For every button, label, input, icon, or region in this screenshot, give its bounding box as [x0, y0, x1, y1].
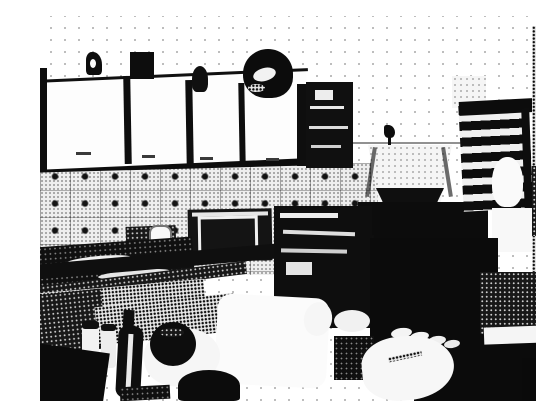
white-jug [492, 157, 523, 207]
wall-white-patch [492, 208, 532, 252]
door-sticker-3 [200, 157, 213, 160]
box-on-cabinet [130, 52, 154, 79]
bottom-small-marks [120, 385, 171, 401]
door-sticker-2 [142, 155, 155, 158]
left-wall-edge [40, 68, 47, 170]
wall-seam-line [352, 142, 470, 144]
bottom-left-shadow [40, 343, 110, 401]
cabinet-right-edge [297, 84, 306, 166]
cart-shelf-item [286, 262, 312, 275]
bottom-dark-bowl [178, 370, 240, 401]
cup-handle-hole [90, 59, 96, 68]
kitchen-photo [40, 16, 536, 401]
door-sticker-1 [76, 152, 91, 155]
wall-shelf-item [315, 90, 333, 100]
cabinet-door-gap-2 [185, 80, 193, 165]
pot-rim-highlight [160, 328, 184, 337]
right-highlight-streak [484, 324, 536, 344]
jug-on-cabinet [192, 66, 208, 92]
kettle-base-gap [248, 84, 265, 92]
cart-shelf-line-1 [280, 213, 338, 218]
wall-shelf-line-2 [309, 126, 348, 129]
wall-shelf-line-3 [311, 145, 341, 148]
wall-shelf-line-1 [310, 106, 344, 109]
door-sticker-4 [266, 158, 279, 161]
can-cap-2 [101, 324, 116, 331]
right-column-dark-patch [532, 166, 536, 236]
can-cap-1 [82, 321, 99, 329]
plate-stack-2 [334, 310, 370, 332]
bottom-right-corner-dark [522, 358, 536, 401]
bottle-neck [122, 310, 134, 335]
